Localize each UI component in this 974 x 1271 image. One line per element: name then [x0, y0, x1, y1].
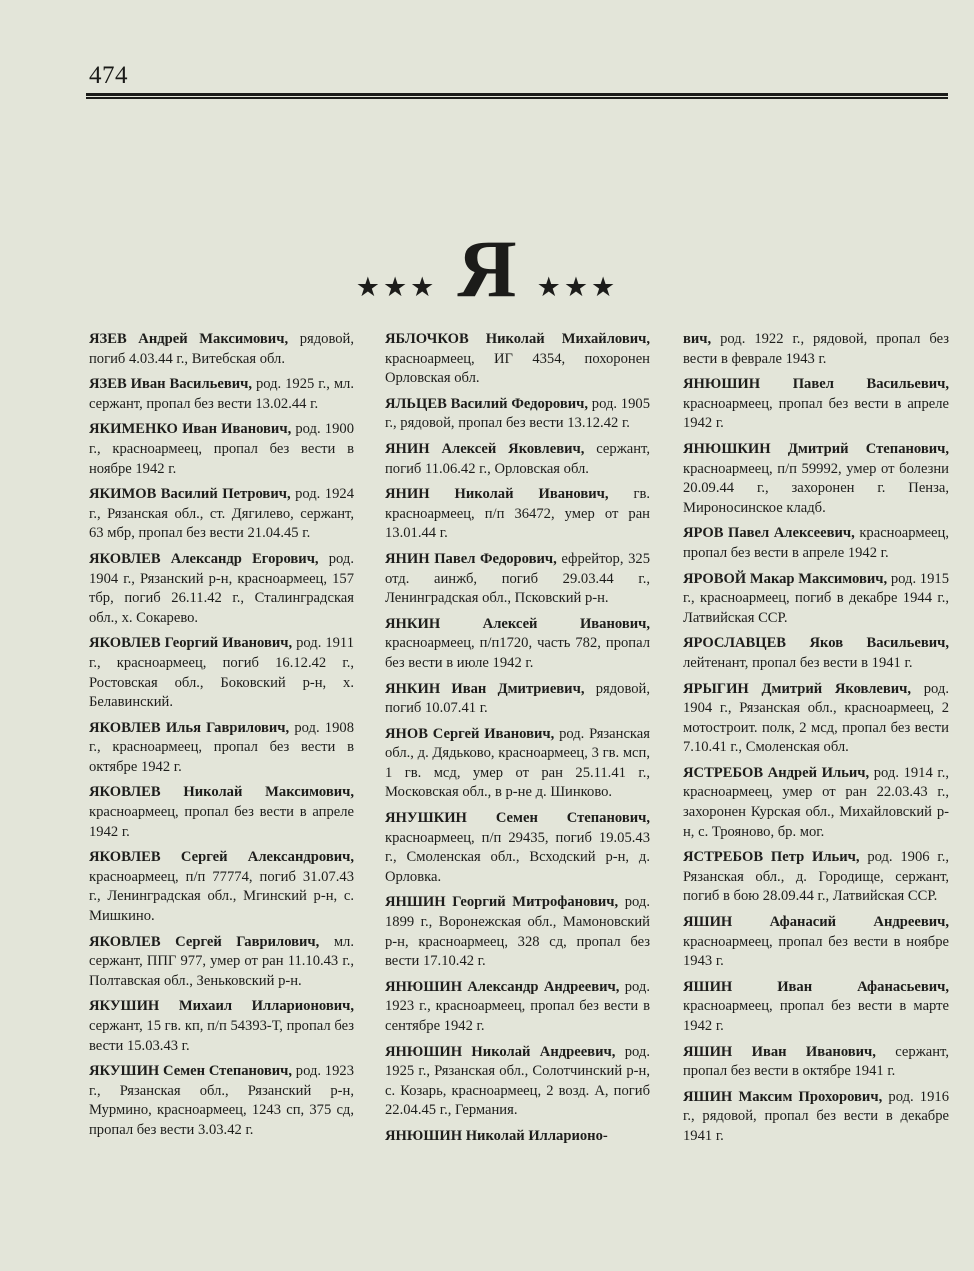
list-item: ЯЗЕВ Андрей Максимович, рядовой, погиб 4…: [89, 330, 354, 369]
list-item: ЯКИМОВ Василий Петрович, род. 1924 г., Р…: [89, 485, 354, 544]
entry-name: ЯШИН Афанасий Андреевич,: [683, 914, 949, 930]
entry-name: ЯРОСЛАВЦЕВ Яков Васильевич,: [683, 635, 949, 651]
list-item: ЯБЛОЧКОВ Николай Михайлович, красноармее…: [385, 330, 650, 389]
list-item: ЯКОВЛЕВ Николай Максимович, красноармеец…: [89, 783, 354, 842]
entry-name: ЯНОВ Сергей Иванович,: [385, 726, 554, 742]
entry-name: ЯЗЕВ Андрей Максимович,: [89, 331, 288, 347]
section-heading: ★★★ Я ★★★: [0, 228, 974, 310]
entry-details: красноармеец, п/п 77774, погиб 31.07.43 …: [89, 869, 354, 924]
column-1: ЯЗЕВ Андрей Максимович, рядовой, погиб 4…: [89, 330, 354, 1147]
list-item: вич, род. 1922 г., рядовой, пропал без в…: [683, 330, 949, 369]
list-item: ЯНЮШИН Николай Илларионо-: [385, 1127, 650, 1147]
list-item: ЯКУШИН Семен Степанович, род. 1923 г., Р…: [89, 1062, 354, 1140]
list-item: ЯНЮШИН Александр Андреевич, род. 1923 г.…: [385, 978, 650, 1037]
entry-details: лейтенант, пропал без вести в 1941 г.: [683, 655, 912, 671]
list-item: ЯСТРЕБОВ Петр Ильич, род. 1906 г., Рязан…: [683, 848, 949, 907]
list-item: ЯНЮШИН Николай Андреевич, род. 1925 г., …: [385, 1043, 650, 1121]
section-letter: Я: [457, 228, 516, 310]
stars-right-icon: ★★★: [537, 272, 619, 303]
entry-name: ЯЛЬЦЕВ Василий Федорович,: [385, 396, 588, 412]
list-item: ЯНЮШИН Павел Васильевич, красноармеец, п…: [683, 375, 949, 434]
entry-name: ЯРЫГИН Дмитрий Яковлевич,: [683, 681, 911, 697]
entry-details: род. 1922 г., рядовой, пропал без вести …: [683, 331, 949, 367]
list-item: ЯШИН Иван Афанасьевич, красноармеец, про…: [683, 978, 949, 1037]
list-item: ЯКОВЛЕВ Сергей Александрович, красноарме…: [89, 848, 354, 926]
entry-name: ЯКУШИН Михаил Илларионович,: [89, 998, 354, 1014]
entry-details: красноармеец, п/п1720, часть 782, пропал…: [385, 635, 650, 671]
list-item: ЯНУШКИН Семен Степанович, красноармеец, …: [385, 809, 650, 887]
entry-name: ЯНКИН Иван Дмитриевич,: [385, 681, 584, 697]
header-rule: [86, 93, 948, 99]
entry-name: ЯШИН Иван Иванович,: [683, 1044, 876, 1060]
entry-name: ЯНУШКИН Семен Степанович,: [385, 810, 650, 826]
list-item: ЯШИН Афанасий Андреевич, красноармеец, п…: [683, 913, 949, 972]
list-item: ЯКОВЛЕВ Георгий Иванович, род. 1911 г., …: [89, 634, 354, 712]
list-item: ЯНИН Николай Иванович, гв. красноармеец,…: [385, 485, 650, 544]
list-item: ЯСТРЕБОВ Андрей Ильич, род. 1914 г., кра…: [683, 764, 949, 842]
entry-name: ЯБЛОЧКОВ Николай Михайлович,: [385, 331, 650, 347]
entry-name: ЯКУШИН Семен Степанович,: [89, 1063, 292, 1079]
entry-name: вич,: [683, 331, 711, 347]
list-item: ЯЗЕВ Иван Васильевич, род. 1925 г., мл. …: [89, 375, 354, 414]
entry-name: ЯКОВЛЕВ Илья Гаврилович,: [89, 720, 289, 736]
list-item: ЯНОВ Сергей Иванович, род. Рязанская обл…: [385, 725, 650, 803]
list-item: ЯКУШИН Михаил Илларионович, сержант, 15 …: [89, 997, 354, 1056]
list-item: ЯКОВЛЕВ Илья Гаврилович, род. 1908 г., к…: [89, 719, 354, 778]
entry-name: ЯКОВЛЕВ Георгий Иванович,: [89, 635, 292, 651]
entry-name: ЯНЮШИН Николай Андреевич,: [385, 1044, 615, 1060]
entry-name: ЯКИМЕНКО Иван Иванович,: [89, 421, 291, 437]
page-number: 474: [89, 62, 128, 90]
entry-name: ЯЗЕВ Иван Васильевич,: [89, 376, 252, 392]
list-item: ЯШИН Максим Прохорович, род. 1916 г., ря…: [683, 1088, 949, 1147]
entry-name: ЯНЮШИН Павел Васильевич,: [683, 376, 949, 392]
entry-details: красноармеец, пропал без вести в ноябре …: [683, 934, 949, 970]
entry-details: красноармеец, пропал без вести в апреле …: [683, 396, 949, 432]
list-item: ЯНИН Алексей Яковлевич, сержант, погиб 1…: [385, 440, 650, 479]
entry-name: ЯКОВЛЕВ Сергей Александрович,: [89, 849, 354, 865]
entry-name: ЯРОВ Павел Алексеевич,: [683, 525, 855, 541]
entry-name: ЯНЮШИН Александр Андреевич,: [385, 979, 619, 995]
list-item: ЯРОВОЙ Макар Максимович, род. 1915 г., к…: [683, 570, 949, 629]
entry-details: красноармеец, п/п 29435, погиб 19.05.43 …: [385, 830, 650, 885]
entry-name: ЯНШИН Георгий Митрофанович,: [385, 894, 618, 910]
list-item: ЯРОСЛАВЦЕВ Яков Васильевич, лейтенант, п…: [683, 634, 949, 673]
entry-name: ЯКОВЛЕВ Александр Егорович,: [89, 551, 319, 567]
entry-details: красноармеец, п/п 59992, умер от болезни…: [683, 461, 949, 516]
entry-details: красноармеец, ИГ 4354, похоронен Орловск…: [385, 351, 650, 387]
entry-name: ЯНИН Павел Федорович,: [385, 551, 557, 567]
list-item: ЯНИН Павел Федорович, ефрейтор, 325 отд.…: [385, 550, 650, 609]
entry-name: ЯНИН Николай Иванович,: [385, 486, 609, 502]
entry-details: красноармеец, пропал без вести в апреле …: [89, 804, 354, 840]
list-item: ЯЛЬЦЕВ Василий Федорович, род. 1905 г., …: [385, 395, 650, 434]
column-2: ЯБЛОЧКОВ Николай Михайлович, красноармее…: [385, 330, 650, 1153]
entry-details: красноармеец, пропал без вести в марте 1…: [683, 998, 949, 1034]
list-item: ЯНКИН Алексей Иванович, красноармеец, п/…: [385, 615, 650, 674]
entry-name: ЯКОВЛЕВ Николай Максимович,: [89, 784, 354, 800]
entry-details: сержант, 15 гв. кп, п/п 54393-Т, пропал …: [89, 1018, 354, 1054]
entry-name: ЯНЮШКИН Дмитрий Степанович,: [683, 441, 949, 457]
entry-name: ЯНЮШИН Николай Илларионо-: [385, 1128, 608, 1144]
entry-name: ЯКОВЛЕВ Сергей Гаврилович,: [89, 934, 319, 950]
entry-name: ЯСТРЕБОВ Петр Ильич,: [683, 849, 860, 865]
entry-name: ЯСТРЕБОВ Андрей Ильич,: [683, 765, 869, 781]
list-item: ЯРОВ Павел Алексеевич, красноармеец, про…: [683, 524, 949, 563]
list-item: ЯРЫГИН Дмитрий Яковлевич, род. 1904 г., …: [683, 680, 949, 758]
entry-name: ЯКИМОВ Василий Петрович,: [89, 486, 291, 502]
entry-name: ЯШИН Иван Афанасьевич,: [683, 979, 949, 995]
list-item: ЯНШИН Георгий Митрофанович, род. 1899 г.…: [385, 893, 650, 971]
entry-name: ЯРОВОЙ Макар Максимович,: [683, 571, 887, 587]
entry-name: ЯНКИН Алексей Иванович,: [385, 616, 650, 632]
entry-name: ЯШИН Максим Прохорович,: [683, 1089, 882, 1105]
list-item: ЯКОВЛЕВ Александр Егорович, род. 1904 г.…: [89, 550, 354, 628]
list-item: ЯКИМЕНКО Иван Иванович, род. 1900 г., кр…: [89, 420, 354, 479]
entry-name: ЯНИН Алексей Яковлевич,: [385, 441, 584, 457]
list-item: ЯНКИН Иван Дмитриевич, рядовой, погиб 10…: [385, 680, 650, 719]
list-item: ЯНЮШКИН Дмитрий Степанович, красноармеец…: [683, 440, 949, 518]
list-item: ЯШИН Иван Иванович, сержант, пропал без …: [683, 1043, 949, 1082]
stars-left-icon: ★★★: [356, 272, 438, 303]
list-item: ЯКОВЛЕВ Сергей Гаврилович, мл. сержант, …: [89, 933, 354, 992]
column-3: вич, род. 1922 г., рядовой, пропал без в…: [683, 330, 949, 1153]
